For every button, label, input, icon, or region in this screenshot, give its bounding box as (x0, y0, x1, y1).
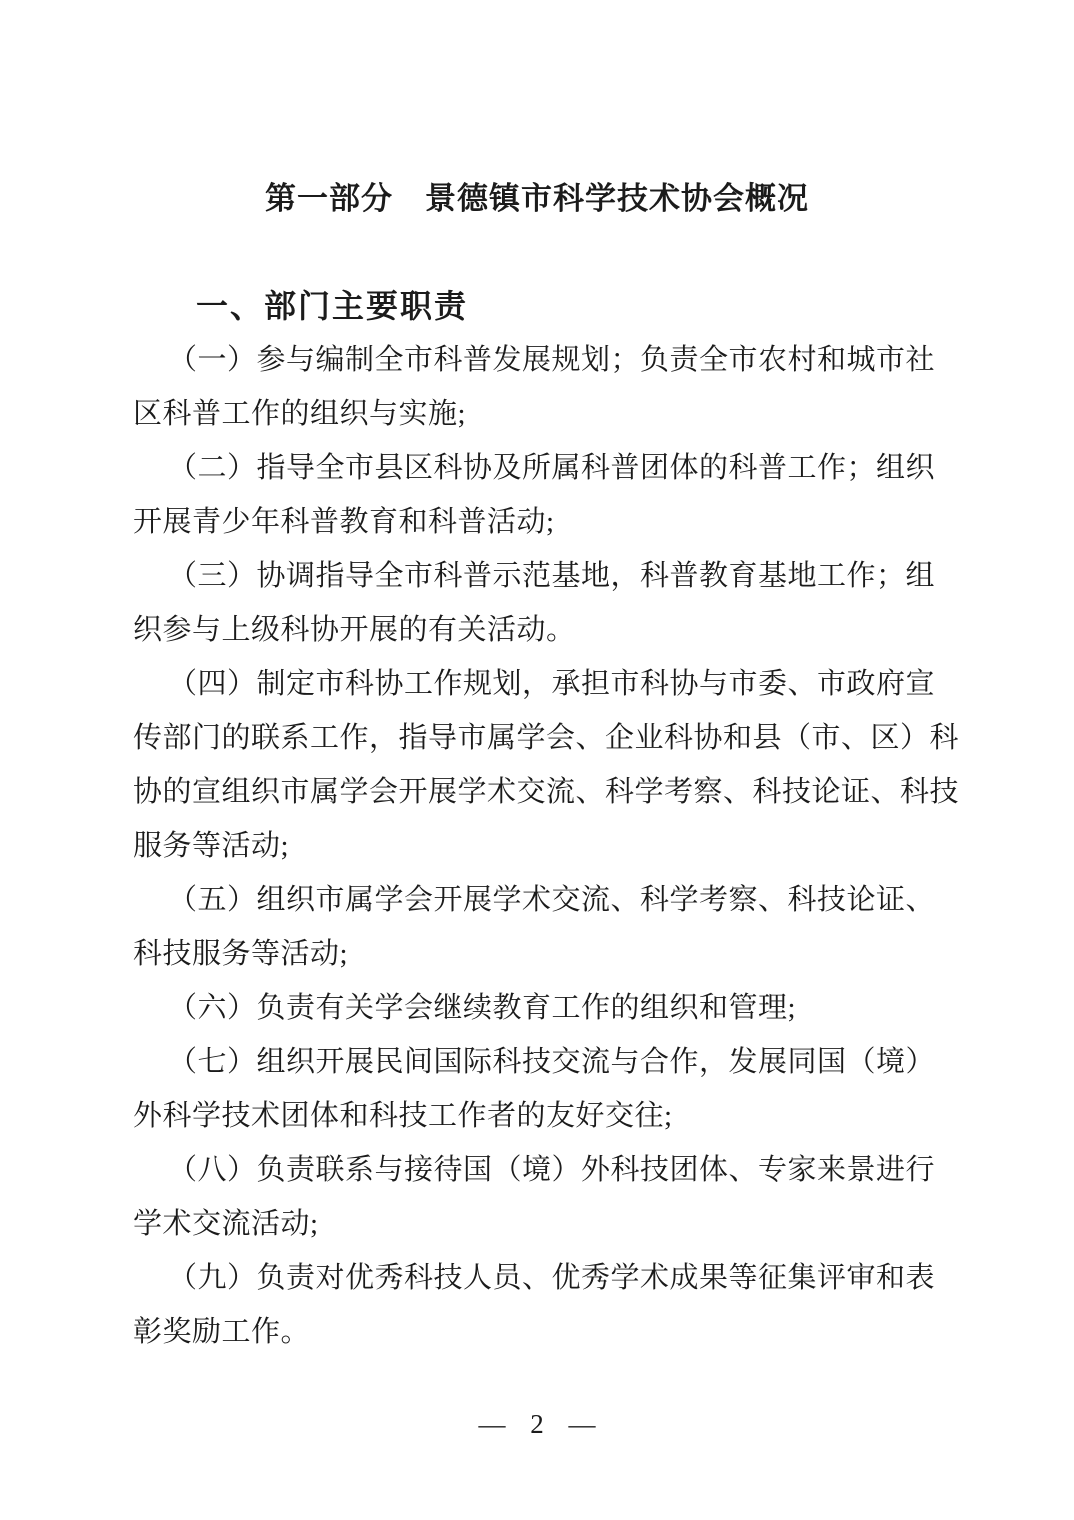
document-body: （一）参与编制全市科普发展规划；负责全市农村和城市社 区科普工作的组织与实施; … (133, 333, 933, 1359)
paragraph-line: 彰奖励工作。 (133, 1305, 933, 1359)
paragraph-line: （七）组织开展民间国际科技交流与合作，发展同国（境） (133, 1035, 933, 1089)
paragraph-line: 织参与上级科协开展的有关活动。 (133, 603, 933, 657)
paragraph-line: 协的宣组织市属学会开展学术交流、科学考察、科技论证、科技 (133, 765, 933, 819)
paragraph-line: 传部门的联系工作，指导市属学会、企业科协和县（市、区）科 (133, 711, 933, 765)
paragraph-5: （五）组织市属学会开展学术交流、科学考察、科技论证、 科技服务等活动; (133, 873, 933, 981)
page-number: — 2 — (0, 1406, 1074, 1442)
paragraph-line: （二）指导全市县区科协及所属科普团体的科普工作；组织 (133, 441, 933, 495)
paragraph-line: （三）协调指导全市科普示范基地，科普教育基地工作；组 (133, 549, 933, 603)
paragraph-line: 服务等活动; (133, 819, 933, 873)
document-page: 第一部分 景德镇市科学技术协会概况 一、部门主要职责 （一）参与编制全市科普发展… (0, 0, 1074, 1520)
paragraph-1: （一）参与编制全市科普发展规划；负责全市农村和城市社 区科普工作的组织与实施; (133, 333, 933, 441)
document-title: 第一部分 景德镇市科学技术协会概况 (0, 179, 1074, 219)
paragraph-line: 学术交流活动; (133, 1197, 933, 1251)
paragraph-2: （二）指导全市县区科协及所属科普团体的科普工作；组织 开展青少年科普教育和科普活… (133, 441, 933, 549)
paragraph-line: （五）组织市属学会开展学术交流、科学考察、科技论证、 (133, 873, 933, 927)
paragraph-9: （九）负责对优秀科技人员、优秀学术成果等征集评审和表 彰奖励工作。 (133, 1251, 933, 1359)
paragraph-7: （七）组织开展民间国际科技交流与合作，发展同国（境） 外科学技术团体和科技工作者… (133, 1035, 933, 1143)
paragraph-line: （八）负责联系与接待国（境）外科技团体、专家来景进行 (133, 1143, 933, 1197)
paragraph-line: 开展青少年科普教育和科普活动; (133, 495, 933, 549)
paragraph-line: （九）负责对优秀科技人员、优秀学术成果等征集评审和表 (133, 1251, 933, 1305)
paragraph-line: （四）制定市科协工作规划，承担市科协与市委、市政府宣 (133, 657, 933, 711)
paragraph-6: （六）负责有关学会继续教育工作的组织和管理; (133, 981, 933, 1035)
paragraph-line: 区科普工作的组织与实施; (133, 387, 933, 441)
paragraph-4: （四）制定市科协工作规划，承担市科协与市委、市政府宣 传部门的联系工作，指导市属… (133, 657, 933, 873)
paragraph-line: （六）负责有关学会继续教育工作的组织和管理; (133, 981, 933, 1035)
paragraph-line: （一）参与编制全市科普发展规划；负责全市农村和城市社 (133, 333, 933, 387)
section-heading: 一、部门主要职责 (196, 286, 468, 326)
paragraph-3: （三）协调指导全市科普示范基地，科普教育基地工作；组 织参与上级科协开展的有关活… (133, 549, 933, 657)
paragraph-line: 外科学技术团体和科技工作者的友好交往; (133, 1089, 933, 1143)
paragraph-line: 科技服务等活动; (133, 927, 933, 981)
paragraph-8: （八）负责联系与接待国（境）外科技团体、专家来景进行 学术交流活动; (133, 1143, 933, 1251)
